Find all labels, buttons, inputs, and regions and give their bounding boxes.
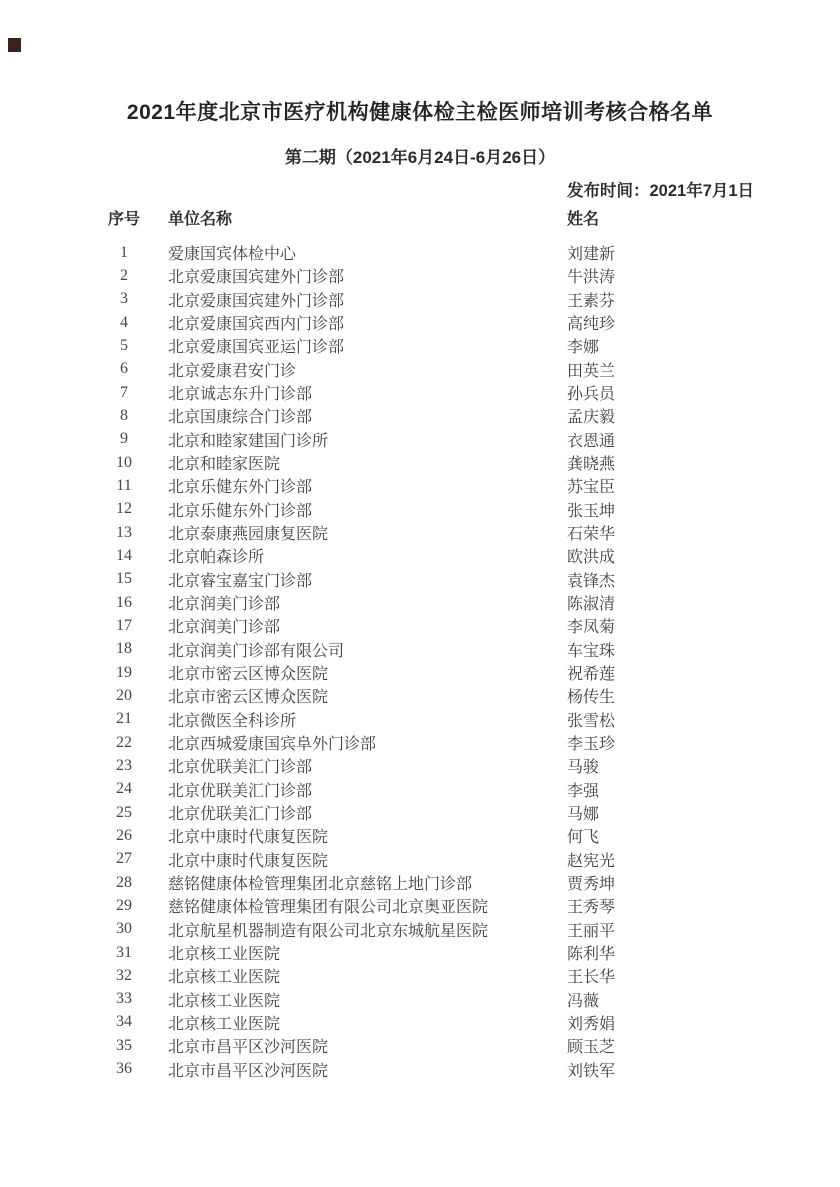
row-unit-name: 北京西城爱康国宾阜外门诊部 (168, 731, 567, 754)
row-unit-name: 北京市密云区博众医院 (168, 684, 567, 707)
row-person-name: 刘秀娟 (567, 1011, 780, 1034)
table-row: 30 北京航星机器制造有限公司北京东城航星医院 王丽平 (80, 918, 780, 941)
row-unit-name: 北京优联美汇门诊部 (168, 754, 567, 777)
row-unit-name: 北京润美门诊部有限公司 (168, 638, 567, 661)
row-person-name: 孟庆毅 (567, 404, 780, 427)
row-unit-name: 北京和睦家建国门诊所 (168, 428, 567, 451)
row-index: 34 (80, 1013, 168, 1031)
table-row: 19 北京市密云区博众医院 祝希莲 (80, 661, 780, 684)
row-person-name: 陈利华 (567, 941, 780, 964)
row-person-name: 冯薇 (567, 988, 780, 1011)
row-person-name: 袁锋杰 (567, 568, 780, 591)
row-person-name: 顾玉芝 (567, 1034, 780, 1057)
row-index: 22 (80, 734, 168, 752)
row-index: 7 (80, 384, 168, 402)
table-row: 5 北京爱康国宾亚运门诊部 李娜 (80, 334, 780, 357)
table-row: 28 慈铭健康体检管理集团北京慈铭上地门诊部 贾秀坤 (80, 871, 780, 894)
row-index: 11 (80, 477, 168, 495)
row-index: 27 (80, 850, 168, 868)
row-unit-name: 北京优联美汇门诊部 (168, 801, 567, 824)
row-index: 26 (80, 827, 168, 845)
page-title: 2021年度北京市医疗机构健康体检主检医师培训考核合格名单 (0, 96, 840, 126)
row-person-name: 李玉珍 (567, 731, 780, 754)
row-index: 9 (80, 430, 168, 448)
row-unit-name: 北京爱康君安门诊 (168, 358, 567, 381)
row-person-name: 欧洪成 (567, 544, 780, 567)
row-index: 16 (80, 594, 168, 612)
table-row: 26 北京中康时代康复医院 何飞 (80, 824, 780, 847)
row-index: 32 (80, 967, 168, 985)
row-unit-name: 北京泰康燕园康复医院 (168, 521, 567, 544)
row-index: 3 (80, 290, 168, 308)
row-index: 14 (80, 547, 168, 565)
row-unit-name: 北京市昌平区沙河医院 (168, 1058, 567, 1081)
row-person-name: 王秀琴 (567, 894, 780, 917)
row-person-name: 田英兰 (567, 358, 780, 381)
row-person-name: 孙兵员 (567, 381, 780, 404)
row-unit-name: 北京和睦家医院 (168, 451, 567, 474)
row-person-name: 李凤菊 (567, 614, 780, 637)
row-person-name: 龚晓燕 (567, 451, 780, 474)
row-person-name: 张玉坤 (567, 498, 780, 521)
row-index: 28 (80, 874, 168, 892)
session-subtitle: 第二期（2021年6月24日-6月26日） (0, 143, 840, 168)
row-unit-name: 北京爱康国宾建外门诊部 (168, 288, 567, 311)
table-row: 20 北京市密云区博众医院 杨传生 (80, 684, 780, 707)
row-index: 35 (80, 1037, 168, 1055)
table-row: 14 北京帕森诊所 欧洪成 (80, 544, 780, 567)
row-index: 17 (80, 617, 168, 635)
corner-artifact-mark (8, 38, 21, 52)
table-row: 15 北京睿宝嘉宝门诊部 袁锋杰 (80, 568, 780, 591)
row-index: 33 (80, 990, 168, 1008)
row-index: 20 (80, 687, 168, 705)
table-row: 33 北京核工业医院 冯薇 (80, 988, 780, 1011)
row-person-name: 牛洪涛 (567, 264, 780, 287)
row-unit-name: 北京核工业医院 (168, 1011, 567, 1034)
row-unit-name: 北京润美门诊部 (168, 614, 567, 637)
row-unit-name: 北京国康综合门诊部 (168, 404, 567, 427)
table-row: 23 北京优联美汇门诊部 马骏 (80, 754, 780, 777)
table-row: 25 北京优联美汇门诊部 马娜 (80, 801, 780, 824)
row-person-name: 刘铁军 (567, 1058, 780, 1081)
table-row: 36 北京市昌平区沙河医院 刘铁军 (80, 1057, 780, 1080)
row-unit-name: 爱康国宾体检中心 (168, 241, 567, 264)
row-person-name: 李强 (567, 778, 780, 801)
row-index: 1 (80, 244, 168, 262)
row-unit-name: 北京核工业医院 (168, 964, 567, 987)
row-unit-name: 北京润美门诊部 (168, 591, 567, 614)
row-unit-name: 北京优联美汇门诊部 (168, 778, 567, 801)
row-person-name: 杨传生 (567, 684, 780, 707)
row-unit-name: 北京诚志东升门诊部 (168, 381, 567, 404)
row-unit-name: 北京核工业医院 (168, 941, 567, 964)
table-row: 18 北京润美门诊部有限公司 车宝珠 (80, 638, 780, 661)
row-index: 30 (80, 920, 168, 938)
row-unit-name: 北京乐健东外门诊部 (168, 498, 567, 521)
table-row: 8 北京国康综合门诊部 孟庆毅 (80, 404, 780, 427)
table-row: 17 北京润美门诊部 李凤菊 (80, 614, 780, 637)
table-row: 9 北京和睦家建国门诊所 衣恩通 (80, 428, 780, 451)
row-person-name: 衣恩通 (567, 428, 780, 451)
table-row: 31 北京核工业医院 陈利华 (80, 941, 780, 964)
table-row: 13 北京泰康燕园康复医院 石荣华 (80, 521, 780, 544)
row-index: 2 (80, 267, 168, 285)
table-row: 32 北京核工业医院 王长华 (80, 964, 780, 987)
row-person-name: 马骏 (567, 754, 780, 777)
row-person-name: 赵宪光 (567, 848, 780, 871)
table-header-index: 序号 (80, 208, 168, 232)
row-index: 19 (80, 664, 168, 682)
table-row: 7 北京诚志东升门诊部 孙兵员 (80, 381, 780, 404)
row-person-name: 陈淑清 (567, 591, 780, 614)
row-person-name: 王丽平 (567, 918, 780, 941)
row-index: 6 (80, 360, 168, 378)
row-index: 18 (80, 640, 168, 658)
table-header-unit: 单位名称 (168, 208, 567, 232)
table-row: 11 北京乐健东外门诊部 苏宝臣 (80, 474, 780, 497)
table-row: 29 慈铭健康体检管理集团有限公司北京奥亚医院 王秀琴 (80, 894, 780, 917)
row-person-name: 王素芬 (567, 288, 780, 311)
table-row: 34 北京核工业医院 刘秀娟 (80, 1011, 780, 1034)
publish-time: 发布时间：2021年7月1日 (567, 177, 754, 201)
row-person-name: 李娜 (567, 334, 780, 357)
table-row: 1 爱康国宾体检中心 刘建新 (80, 241, 780, 264)
row-unit-name: 慈铭健康体检管理集团有限公司北京奥亚医院 (168, 894, 567, 917)
row-unit-name: 北京乐健东外门诊部 (168, 474, 567, 497)
row-unit-name: 北京帕森诊所 (168, 544, 567, 567)
table-header-name: 姓名 (567, 208, 780, 232)
row-index: 13 (80, 524, 168, 542)
table-row: 16 北京润美门诊部 陈淑清 (80, 591, 780, 614)
row-index: 4 (80, 314, 168, 332)
table-row: 6 北京爱康君安门诊 田英兰 (80, 358, 780, 381)
table-row: 24 北京优联美汇门诊部 李强 (80, 778, 780, 801)
row-person-name: 马娜 (567, 801, 780, 824)
row-person-name: 何飞 (567, 824, 780, 847)
row-unit-name: 北京睿宝嘉宝门诊部 (168, 568, 567, 591)
row-person-name: 苏宝臣 (567, 474, 780, 497)
row-index: 25 (80, 804, 168, 822)
table-body: 1 爱康国宾体检中心 刘建新 2 北京爱康国宾建外门诊部 牛洪涛 3 北京爱康国… (80, 241, 780, 1081)
row-unit-name: 北京爱康国宾建外门诊部 (168, 264, 567, 287)
document-page: 2021年度北京市医疗机构健康体检主检医师培训考核合格名单 第二期（2021年6… (0, 0, 840, 1187)
table-row: 2 北京爱康国宾建外门诊部 牛洪涛 (80, 264, 780, 287)
row-index: 31 (80, 944, 168, 962)
row-person-name: 王长华 (567, 964, 780, 987)
table-row: 35 北京市昌平区沙河医院 顾玉芝 (80, 1034, 780, 1057)
table-row: 3 北京爱康国宾建外门诊部 王素芬 (80, 288, 780, 311)
table-row: 21 北京微医全科诊所 张雪松 (80, 708, 780, 731)
row-person-name: 张雪松 (567, 708, 780, 731)
row-index: 10 (80, 454, 168, 472)
row-unit-name: 北京爱康国宾西内门诊部 (168, 311, 567, 334)
row-index: 15 (80, 570, 168, 588)
row-index: 36 (80, 1060, 168, 1078)
row-unit-name: 北京航星机器制造有限公司北京东城航星医院 (168, 918, 567, 941)
row-index: 24 (80, 780, 168, 798)
row-index: 23 (80, 757, 168, 775)
row-unit-name: 北京爱康国宾亚运门诊部 (168, 334, 567, 357)
row-unit-name: 慈铭健康体检管理集团北京慈铭上地门诊部 (168, 871, 567, 894)
row-unit-name: 北京中康时代康复医院 (168, 848, 567, 871)
row-unit-name: 北京市密云区博众医院 (168, 661, 567, 684)
table-header-row: 序号 单位名称 姓名 (80, 208, 780, 232)
row-index: 12 (80, 500, 168, 518)
table-row: 22 北京西城爱康国宾阜外门诊部 李玉珍 (80, 731, 780, 754)
row-person-name: 高纯珍 (567, 311, 780, 334)
row-unit-name: 北京市昌平区沙河医院 (168, 1034, 567, 1057)
row-index: 8 (80, 407, 168, 425)
row-unit-name: 北京核工业医院 (168, 988, 567, 1011)
row-person-name: 车宝珠 (567, 638, 780, 661)
row-unit-name: 北京微医全科诊所 (168, 708, 567, 731)
row-person-name: 刘建新 (567, 241, 780, 264)
table-row: 10 北京和睦家医院 龚晓燕 (80, 451, 780, 474)
row-unit-name: 北京中康时代康复医院 (168, 824, 567, 847)
table-row: 4 北京爱康国宾西内门诊部 高纯珍 (80, 311, 780, 334)
row-index: 21 (80, 710, 168, 728)
row-person-name: 祝希莲 (567, 661, 780, 684)
table-row: 27 北京中康时代康复医院 赵宪光 (80, 848, 780, 871)
row-index: 29 (80, 897, 168, 915)
row-index: 5 (80, 337, 168, 355)
table-row: 12 北京乐健东外门诊部 张玉坤 (80, 498, 780, 521)
row-person-name: 石荣华 (567, 521, 780, 544)
row-person-name: 贾秀坤 (567, 871, 780, 894)
